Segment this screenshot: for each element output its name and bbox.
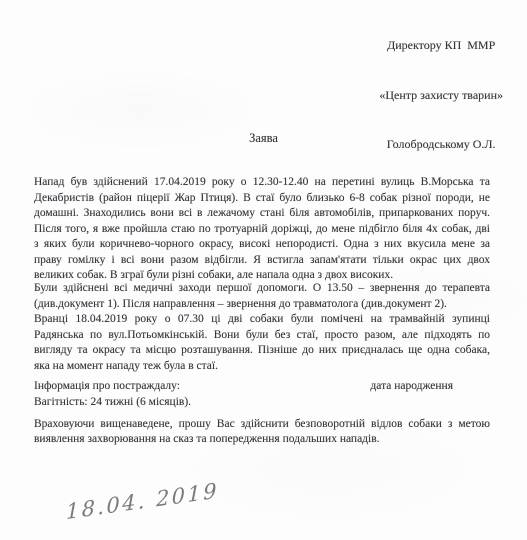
text-line: виявлення захворювання на сказ та попере… [34, 432, 490, 448]
text-line: яка на момент нападу теж була в стаї. [34, 359, 490, 375]
text-line: Напад був здійснений 17.04.2019 року о 1… [34, 175, 490, 191]
text-line: Радянська по вул.Потьомкінській. Вони бу… [34, 328, 490, 344]
victim-info-label: Інформація про постраждалу: [34, 379, 180, 395]
text-line: праву гомілку і всі вони разом відбігли.… [34, 253, 490, 269]
scanned-letter-page: Директору КП ММР «Центр захисту тварин» … [0, 0, 527, 540]
text-line: Вранці 18.04.2019 року о 07.30 ці дві со… [34, 312, 490, 328]
recipient-block: Директору КП ММР «Центр захисту тварин» … [379, 4, 503, 186]
text-line: з яких були коричнево-чорного окрасу, ви… [34, 237, 490, 253]
text-line: вигляду та окрасу та місцю розташування.… [34, 343, 490, 359]
handwritten-date: 18.04. 2019 [66, 478, 219, 524]
text-line: домашні. Знаходились вони всі в лежачому… [34, 206, 490, 222]
recipient-line: «Центр захисту тварин» [379, 87, 503, 104]
text-line: (див.документ 1). Після направлення – зв… [34, 297, 490, 313]
pregnancy-line: Вагітність: 24 тижні (6 місяців). [34, 395, 490, 411]
birth-date-label: дата народження [370, 379, 453, 395]
recipient-line: Директору КП ММР [379, 37, 503, 54]
paragraph-medical: Були здійснені всі медичні заходи першої… [34, 281, 490, 312]
paragraph-request: Враховуючи вищенаведене, прошу Вас здійс… [34, 417, 490, 448]
text-line: Після того, я вже пройшла стаю по тротуа… [34, 222, 490, 238]
document-title: Заява [0, 131, 527, 146]
text-line: Були здійснені всі медичні заходи першої… [34, 281, 490, 297]
victim-info-row: Інформація про постраждалу: дата народже… [34, 379, 490, 395]
text-line: Декабристів (район піцерії Жар Птиця). В… [34, 191, 490, 207]
text-line: Враховуючи вищенаведене, прошу Вас здійс… [34, 417, 490, 433]
paragraph-sighting: Вранці 18.04.2019 року о 07.30 ці дві со… [34, 312, 490, 374]
paragraph-incident: Напад був здійснений 17.04.2019 року о 1… [34, 175, 490, 284]
